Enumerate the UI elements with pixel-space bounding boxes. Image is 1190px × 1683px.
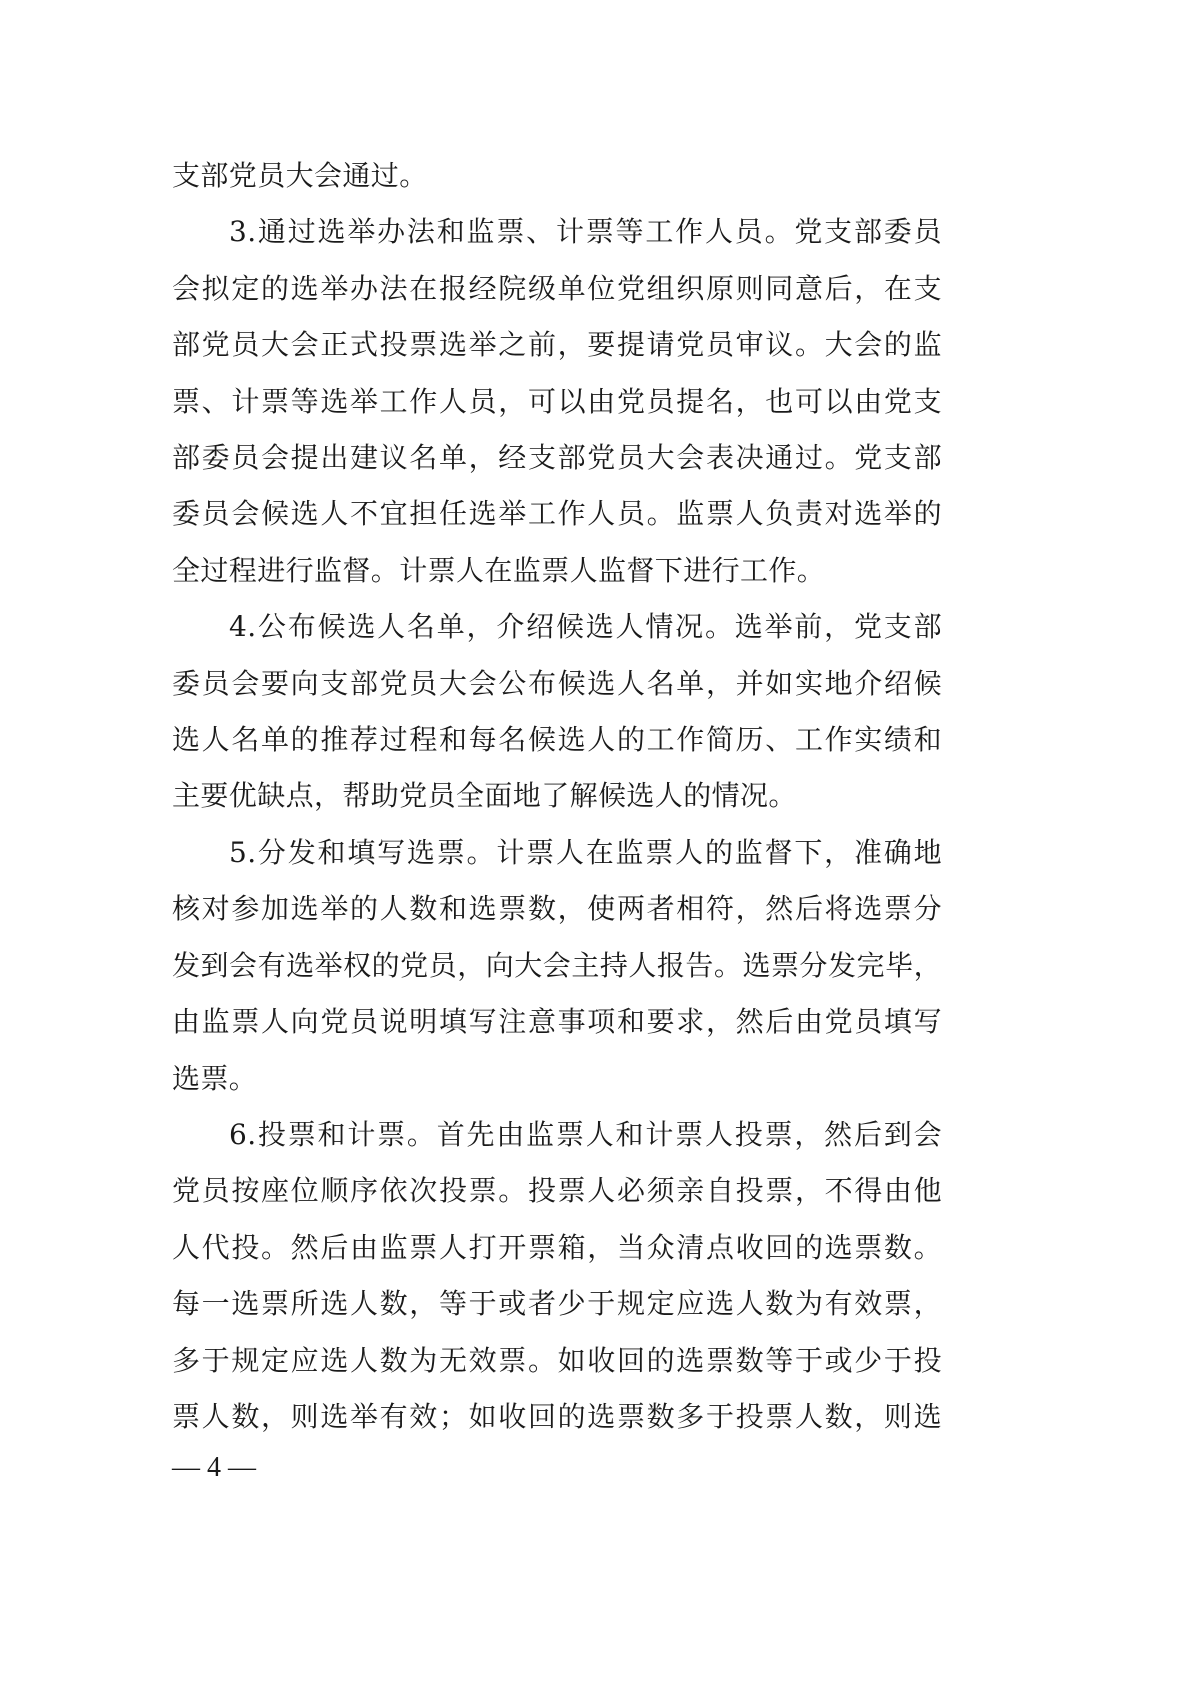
text-line: 5.分发和填写选票。计票人在监票人的监督下，准确地 (172, 825, 942, 881)
paragraph-item-4: 4.公布候选人名单，介绍候选人情况。选举前，党支部 委员会要向支部党员大会公布候… (172, 599, 942, 825)
text-line: 部委员会提出建议名单，经支部党员大会表决通过。党支部 (172, 430, 942, 486)
text-line: 人代投。然后由监票人打开票箱，当众清点收回的选票数。 (172, 1220, 942, 1276)
text-line: 4.公布候选人名单，介绍候选人情况。选举前，党支部 (172, 599, 942, 655)
paragraph-item-5: 5.分发和填写选票。计票人在监票人的监督下，准确地 核对参加选举的人数和选票数，… (172, 825, 942, 1107)
text-line: 主要优缺点，帮助党员全面地了解候选人的情况。 (172, 768, 942, 824)
text-line: 全过程进行监督。计票人在监票人监督下进行工作。 (172, 543, 942, 599)
text-line: 6.投票和计票。首先由监票人和计票人投票，然后到会 (172, 1107, 942, 1163)
text-line: 委员会候选人不宜担任选举工作人员。监票人负责对选举的 (172, 486, 942, 542)
text-line: 多于规定应选人数为无效票。如收回的选票数等于或少于投 (172, 1333, 942, 1389)
text-line: 每一选票所选人数，等于或者少于规定应选人数为有效票， (172, 1276, 942, 1332)
document-page: 支部党员大会通过。 3.通过选举办法和监票、计票等工作人员。党支部委员 会拟定的… (0, 0, 1190, 1683)
text-line: 发到会有选举权的党员，向大会主持人报告。选票分发完毕， (172, 938, 942, 994)
paragraph-item-3: 3.通过选举办法和监票、计票等工作人员。党支部委员 会拟定的选举办法在报经院级单… (172, 204, 942, 599)
text-line: 核对参加选举的人数和选票数，使两者相符，然后将选票分 (172, 881, 942, 937)
text-line: 支部党员大会通过。 (172, 148, 942, 204)
paragraph-continuation: 支部党员大会通过。 (172, 148, 942, 204)
page-number: — 4 — (172, 1452, 256, 1484)
text-line: 会拟定的选举办法在报经院级单位党组织原则同意后，在支 (172, 261, 942, 317)
document-body: 支部党员大会通过。 3.通过选举办法和监票、计票等工作人员。党支部委员 会拟定的… (172, 148, 942, 1445)
text-line: 3.通过选举办法和监票、计票等工作人员。党支部委员 (172, 204, 942, 260)
text-line: 党员按座位顺序依次投票。投票人必须亲自投票，不得由他 (172, 1163, 942, 1219)
text-line: 委员会要向支部党员大会公布候选人名单，并如实地介绍候 (172, 656, 942, 712)
text-line: 选人名单的推荐过程和每名候选人的工作简历、工作实绩和 (172, 712, 942, 768)
paragraph-item-6: 6.投票和计票。首先由监票人和计票人投票，然后到会 党员按座位顺序依次投票。投票… (172, 1107, 942, 1445)
text-line: 由监票人向党员说明填写注意事项和要求，然后由党员填写 (172, 994, 942, 1050)
text-line: 票人数，则选举有效；如收回的选票数多于投票人数，则选 (172, 1389, 942, 1445)
text-line: 选票。 (172, 1051, 942, 1107)
text-line: 票、计票等选举工作人员，可以由党员提名，也可以由党支 (172, 374, 942, 430)
text-line: 部党员大会正式投票选举之前，要提请党员审议。大会的监 (172, 317, 942, 373)
